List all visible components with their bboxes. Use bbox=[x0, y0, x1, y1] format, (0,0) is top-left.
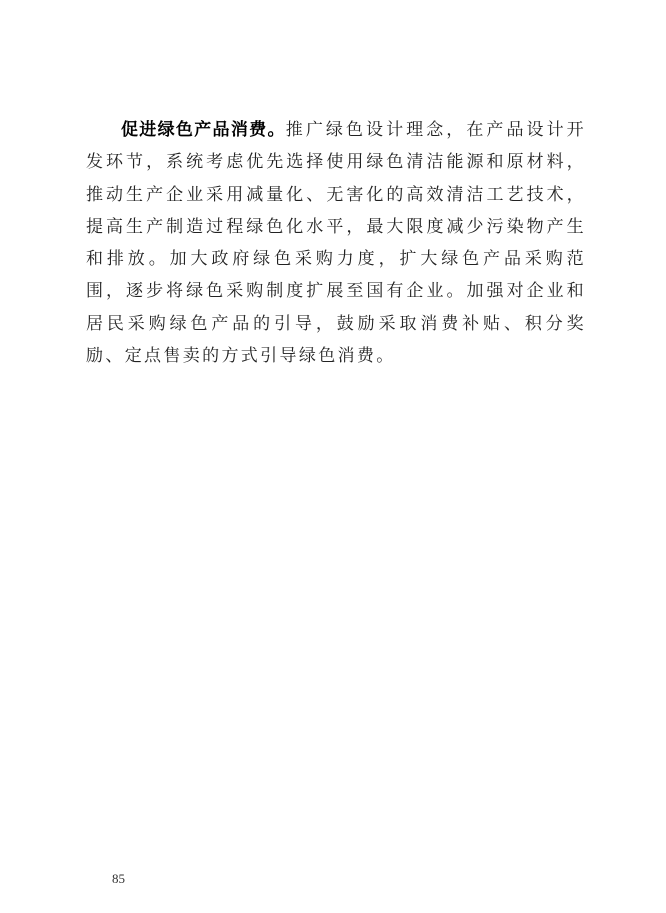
document-page: 促进绿色产品消费。推广绿色设计理念，在产品设计开发环节，系统考虑优先选择使用绿色… bbox=[0, 0, 666, 913]
paragraph-heading: 促进绿色产品消费。 bbox=[121, 120, 286, 140]
paragraph-body: 推广绿色设计理念，在产品设计开发环节，系统考虑优先选择使用绿色清洁能源和原材料，… bbox=[86, 120, 586, 366]
page-number: 85 bbox=[112, 871, 125, 887]
body-paragraph: 促进绿色产品消费。推广绿色设计理念，在产品设计开发环节，系统考虑优先选择使用绿色… bbox=[86, 114, 586, 372]
